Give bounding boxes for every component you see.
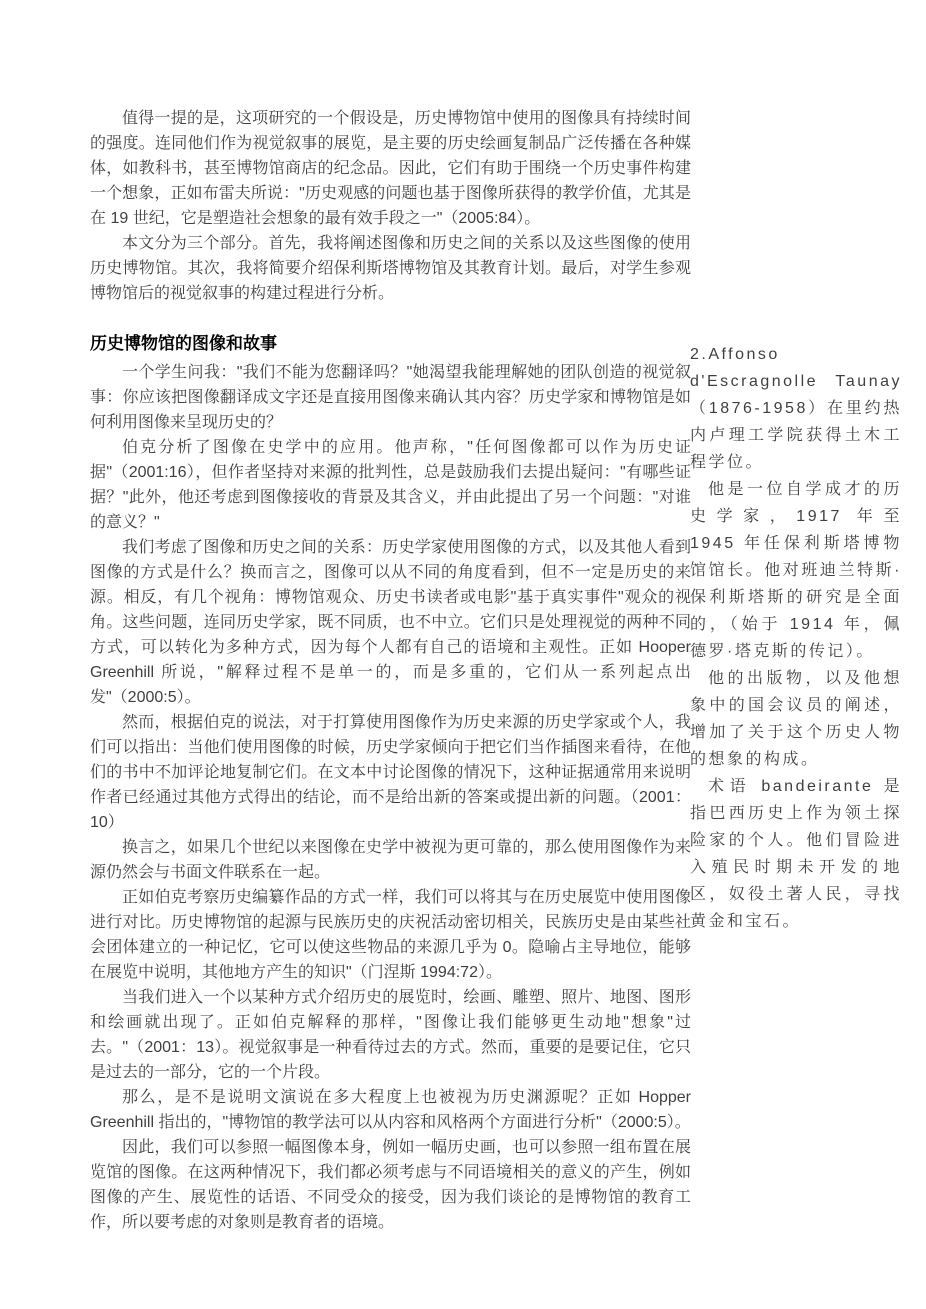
body-paragraph: 正如伯克考察历史编纂作品的方式一样，我们可以将其与在历史展览中使用图像进行对比。… xyxy=(90,885,691,985)
body-paragraph: 那么，是不是说明文演说在多大程度上也被视为历史渊源呢？正如 Hopper Gre… xyxy=(90,1085,691,1135)
body-paragraph: 因此，我们可以参照一幅图像本身，例如一幅历史画，也可以参照一组布置在展览馆的图像… xyxy=(90,1135,691,1235)
body-paragraph: 伯克分析了图像在史学中的应用。他声称，"任何图像都可以作为历史证据"（2001:… xyxy=(90,435,691,535)
body-paragraph: 我们考虑了图像和历史之间的关系：历史学家使用图像的方式，以及其他人看到图像的方式… xyxy=(90,535,691,710)
margin-footnote: 2.Affonso d'Escragnolle Taunay（1876-1958… xyxy=(690,341,902,935)
footnote-paragraph: 术语 bandeirante 是指巴西历史上作为领土探险家的个人。他们冒险进入殖… xyxy=(690,773,902,935)
footnote-paragraph: 他是一位自学成才的历史学家，1917 年至 1945 年任保利斯塔博物馆馆长。他… xyxy=(690,476,902,665)
body-paragraph: 一个学生问我："我们不能为您翻译吗？"她渴望我能理解她的团队创造的视觉叙事：你应… xyxy=(90,360,691,435)
body-paragraph: 当我们进入一个以某种方式介绍历史的展览时，绘画、雕塑、照片、地图、图形和绘画就出… xyxy=(90,985,691,1085)
footnote-paragraph: 2.Affonso d'Escragnolle Taunay（1876-1958… xyxy=(690,341,902,476)
footnote-paragraph: 他的出版物，以及他想象中的国会议员的阐述，增加了关于这个历史人物的想象的构成。 xyxy=(690,665,902,773)
intro-paragraph: 值得一提的是，这项研究的一个假设是，历史博物馆中使用的图像具有持续时间的强度。连… xyxy=(90,106,691,231)
main-text-column: 值得一提的是，这项研究的一个假设是，历史博物馆中使用的图像具有持续时间的强度。连… xyxy=(90,106,691,1235)
document-page: 值得一提的是，这项研究的一个假设是，历史博物馆中使用的图像具有持续时间的强度。连… xyxy=(0,0,926,1309)
intro-paragraph: 本文分为三个部分。首先，我将阐述图像和历史之间的关系以及这些图像的使用历史博物馆… xyxy=(90,231,691,306)
body-paragraph: 换言之，如果几个世纪以来图像在史学中被视为更可靠的，那么使用图像作为来源仍然会与… xyxy=(90,835,691,885)
section-heading: 历史博物馆的图像和故事 xyxy=(90,333,691,355)
body-paragraph: 然而，根据伯克的说法，对于打算使用图像作为历史来源的历史学家或个人，我们可以指出… xyxy=(90,710,691,835)
